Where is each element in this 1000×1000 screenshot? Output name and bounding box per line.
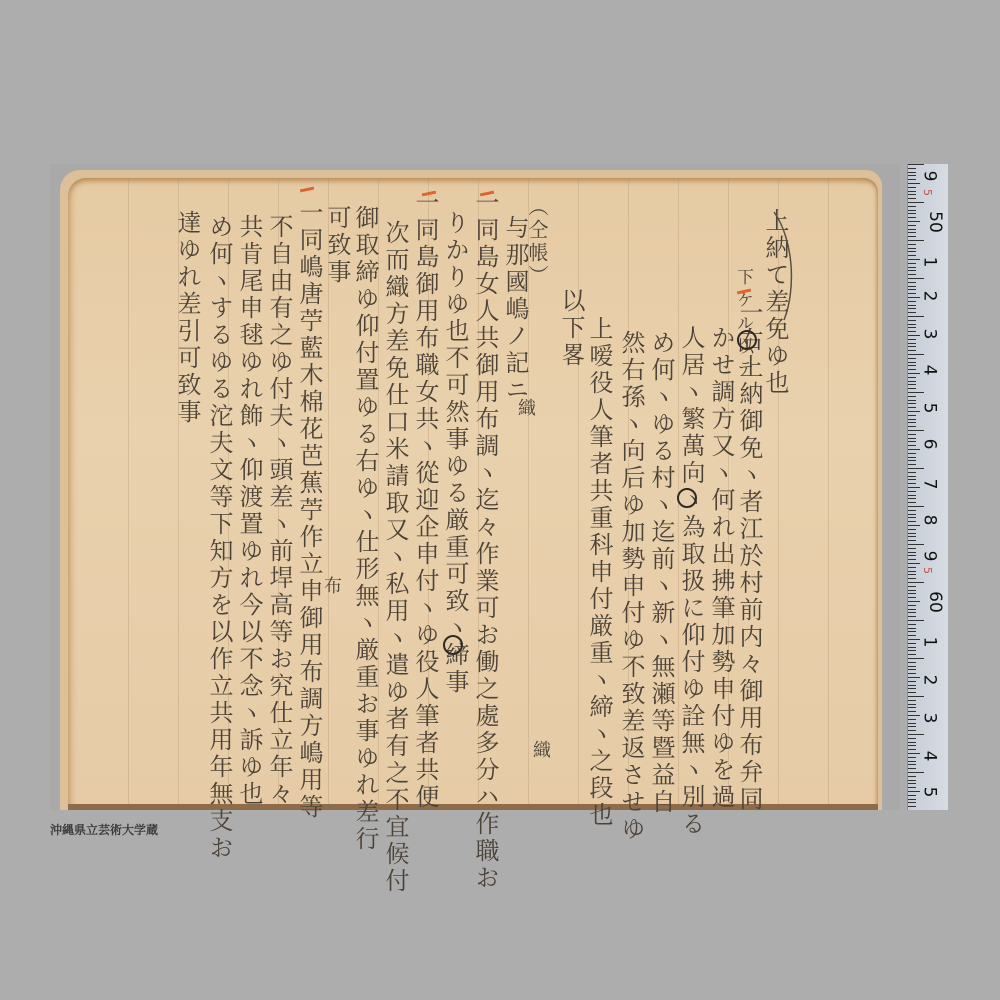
text-column: りかりゆ也不可然事ゆる厳重可致ヽ締事 bbox=[440, 210, 470, 696]
ruler-tick bbox=[908, 571, 916, 572]
ruler-tick bbox=[908, 221, 920, 222]
text-column: め何ヽするゆる沱夫文等下知方を以作立共用年無支お bbox=[204, 214, 234, 862]
ruler-tick bbox=[908, 350, 916, 351]
ruler-tick bbox=[908, 533, 916, 534]
text-column: 不自由有之ゆ付夫ヽ頭差ヽ前垾高等お究仕立年々 bbox=[264, 214, 294, 808]
ruler-tick bbox=[908, 164, 924, 165]
ruler-tick bbox=[908, 795, 916, 796]
ruler-tick bbox=[908, 301, 916, 302]
ruler-tick bbox=[908, 449, 920, 450]
ruler-tick bbox=[908, 601, 920, 602]
text-column: 一同島女人共御用布調ヽ迄々作業可お働之處多分ハ作職お bbox=[470, 190, 500, 892]
ruler-tick bbox=[908, 768, 916, 769]
ruler-tick bbox=[908, 707, 916, 708]
ruler-tick bbox=[908, 650, 916, 651]
text-column: め何ヽゆる村ヽ迄前ヽ新ヽ無瀬等暨益自 bbox=[646, 330, 676, 816]
ruler-tick bbox=[908, 403, 916, 404]
ruler-tick bbox=[908, 666, 916, 667]
ruler-tick bbox=[908, 635, 916, 636]
ruler-tick bbox=[908, 244, 916, 245]
ruler-tick bbox=[908, 704, 916, 705]
ruler-tick bbox=[908, 240, 924, 241]
ruler-tick bbox=[908, 297, 920, 298]
ruler-tick bbox=[908, 605, 916, 606]
inline-note: 織 bbox=[525, 740, 555, 764]
text-column: 以下畧 bbox=[556, 288, 586, 369]
ruler-tick bbox=[908, 685, 916, 686]
ruler-tick bbox=[908, 696, 924, 697]
ruler-tick bbox=[908, 669, 916, 670]
ruler-tick bbox=[908, 472, 916, 473]
ruler-tick bbox=[908, 806, 916, 807]
ruler-tick bbox=[908, 525, 920, 526]
ruler-tick bbox=[908, 422, 916, 423]
text-column: かせ調方又ヽ何れ出拂筆加勢申付ゆを過 bbox=[706, 325, 736, 811]
ruler-tick bbox=[908, 445, 916, 446]
ruler-tick bbox=[908, 434, 916, 435]
ruler-tick bbox=[908, 305, 916, 306]
ruler-tick bbox=[908, 723, 916, 724]
ruler-tick bbox=[908, 232, 916, 233]
ruler-tick bbox=[908, 202, 924, 203]
ruler-tick bbox=[908, 624, 916, 625]
measurement-ruler: 9 5 50 1 2 3 4 5 6 7 8 9 5 60 1 2 3 4 5 bbox=[907, 164, 948, 810]
ruler-tick bbox=[908, 726, 916, 727]
ruler-tick bbox=[908, 365, 916, 366]
ruler-tick bbox=[908, 426, 916, 427]
ruler-tick bbox=[908, 206, 916, 207]
ruler-tick bbox=[908, 229, 916, 230]
text-column: 御取締ゆ仰付置ゆる右ゆヽ仕形無ヽ厳重お事ゆれ差行 bbox=[350, 205, 380, 853]
text-column: 人居ヽ繁萬向ヽ為取扱に仰付ゆ詮無ヽ別る bbox=[676, 325, 706, 838]
ruler-tick bbox=[908, 396, 916, 397]
ruler-tick bbox=[908, 343, 916, 344]
ruler-tick bbox=[908, 764, 916, 765]
ruler-tick bbox=[908, 502, 916, 503]
ruler-tick bbox=[908, 514, 916, 515]
ruler-tick bbox=[908, 658, 924, 659]
ruler-tick bbox=[908, 483, 916, 484]
ruler-tick bbox=[908, 548, 916, 549]
ruler-tick bbox=[908, 392, 924, 393]
ruler-tick bbox=[908, 289, 916, 290]
ruler-tick bbox=[908, 559, 916, 560]
ruler-tick bbox=[908, 411, 920, 412]
ruler-tick bbox=[908, 479, 916, 480]
ruler-tick bbox=[908, 730, 916, 731]
ruler-tick bbox=[908, 282, 916, 283]
ruler-tick bbox=[908, 487, 920, 488]
ruler-tick bbox=[908, 742, 916, 743]
ruler-tick bbox=[908, 308, 916, 309]
ruler-tick bbox=[908, 267, 916, 268]
ruler-tick bbox=[908, 491, 916, 492]
collection-credit: 沖縄県立芸術大学蔵 bbox=[50, 821, 158, 838]
ruler-tick bbox=[908, 339, 916, 340]
ruler-tick bbox=[908, 582, 924, 583]
ruler-tick bbox=[908, 320, 916, 321]
ruler-tick bbox=[908, 586, 916, 587]
ruler-tick bbox=[908, 753, 920, 754]
ruler-tick bbox=[908, 270, 916, 271]
circle-stamp bbox=[737, 330, 757, 350]
ruler-tick bbox=[908, 362, 916, 363]
ruler-tick bbox=[908, 331, 916, 332]
ruler-tick bbox=[908, 335, 920, 336]
ruler-tick bbox=[908, 616, 916, 617]
ruler-tick bbox=[908, 460, 916, 461]
annotation-arrow bbox=[770, 210, 800, 330]
ruler-tick bbox=[908, 749, 916, 750]
ruler-tick bbox=[908, 540, 916, 541]
ruler-tick bbox=[908, 259, 920, 260]
ruler-tick bbox=[908, 647, 916, 648]
ruler-tick bbox=[908, 168, 916, 169]
ruler-tick bbox=[908, 517, 916, 518]
ruler-tick bbox=[908, 175, 916, 176]
text-column: 達ゆれ差引可致事 bbox=[172, 210, 202, 426]
circle-stamp bbox=[443, 635, 463, 655]
ruler-tick bbox=[908, 377, 916, 378]
ruler-tick bbox=[908, 757, 916, 758]
text-column: 次而織方差免仕口米請取又ヽ私用ヽ遣ゆ者有之不宜候付 bbox=[380, 220, 410, 895]
ruler-tick bbox=[908, 643, 916, 644]
ruler-tick bbox=[908, 438, 916, 439]
ruler-tick bbox=[908, 506, 924, 507]
ruler-tick bbox=[908, 373, 920, 374]
ruler-tick bbox=[908, 574, 916, 575]
ruler-tick bbox=[908, 354, 924, 355]
ruler-tick bbox=[908, 172, 916, 173]
inline-note: 織 bbox=[510, 398, 540, 422]
ruler-tick bbox=[908, 358, 916, 359]
ruler-tick bbox=[908, 555, 916, 556]
ruler-tick bbox=[908, 711, 916, 712]
ruler-tick bbox=[908, 681, 916, 682]
ruler-tick bbox=[908, 248, 916, 249]
ruler-tick bbox=[908, 498, 916, 499]
ruler-tick bbox=[908, 521, 916, 522]
ruler-tick bbox=[908, 780, 916, 781]
ruler-tick bbox=[908, 430, 924, 431]
text-column: 然右孫ヽ向后ゆ加勢申付ゆ不致差返させゆ bbox=[616, 330, 646, 843]
ruler-tick bbox=[908, 407, 916, 408]
text-column: 共肯尾申毬ゆれ飾ヽ仰渡置ゆれ今以不念ヽ訴ゆ也 bbox=[234, 214, 264, 808]
ruler-tick bbox=[908, 654, 916, 655]
ruler-tick bbox=[908, 400, 916, 401]
ruler-tick bbox=[908, 419, 916, 420]
ruler-tick bbox=[908, 251, 916, 252]
ruler-tick bbox=[908, 745, 916, 746]
ruler-tick bbox=[908, 620, 924, 621]
ruler-tick bbox=[908, 286, 916, 287]
ruler-tick bbox=[908, 369, 916, 370]
ruler-tick bbox=[908, 255, 916, 256]
ruler-tick bbox=[908, 700, 916, 701]
ruler-tick bbox=[908, 639, 920, 640]
ruler-tick bbox=[908, 677, 920, 678]
text-column: 一同嶋唐苧藍木棉花芭蕉苧作立申御用布調方嶋用等 bbox=[294, 200, 324, 821]
ruler-tick bbox=[908, 453, 916, 454]
ruler-tick bbox=[908, 457, 916, 458]
ruler-tick bbox=[908, 761, 916, 762]
ruler-tick bbox=[908, 593, 916, 594]
ruler-tick bbox=[908, 783, 916, 784]
ruler-tick bbox=[908, 312, 916, 313]
text-column: 上嗳役人筆者共重科申付厳重ヽ締ヽ之段也 bbox=[584, 316, 614, 829]
ruler-tick bbox=[908, 552, 916, 553]
ruler-tick bbox=[908, 495, 916, 496]
ruler-tick bbox=[908, 567, 916, 568]
ruler-tick bbox=[908, 628, 916, 629]
ruler-tick bbox=[908, 179, 916, 180]
text-column: 一右上納御免ヽ者江於村前内々御用布弁同 bbox=[734, 300, 764, 813]
ruler-tick bbox=[908, 734, 924, 735]
ruler-tick bbox=[908, 263, 916, 264]
ruler-tick bbox=[908, 327, 916, 328]
ruler-tick bbox=[908, 198, 916, 199]
ruler-tick bbox=[908, 415, 916, 416]
ruler-tick bbox=[908, 776, 916, 777]
ruler-tick bbox=[908, 236, 916, 237]
ruler-tick bbox=[908, 278, 924, 279]
ruler-tick bbox=[908, 194, 916, 195]
ruler-tick bbox=[908, 274, 916, 275]
ruler-tick bbox=[908, 346, 916, 347]
circle-stamp bbox=[677, 488, 697, 508]
ruler-tick bbox=[908, 578, 916, 579]
ruler-tick bbox=[908, 183, 920, 184]
ruler-tick bbox=[908, 799, 916, 800]
ruler-tick bbox=[908, 544, 924, 545]
ruler-tick bbox=[908, 791, 920, 792]
ruler-tick bbox=[908, 715, 920, 716]
ruler-tick bbox=[908, 468, 924, 469]
ruler-tick bbox=[908, 692, 916, 693]
ruler-tick bbox=[908, 631, 916, 632]
ruler-tick bbox=[908, 673, 916, 674]
ruler-tick bbox=[908, 213, 916, 214]
ruler-tick bbox=[908, 381, 916, 382]
ruler-tick bbox=[908, 536, 916, 537]
ruler-tick bbox=[908, 802, 916, 803]
ruler-tick bbox=[908, 609, 916, 610]
ruler-tick bbox=[908, 476, 916, 477]
ruler-tick bbox=[908, 590, 916, 591]
ruler-tick bbox=[908, 217, 916, 218]
ruler-tick bbox=[908, 464, 916, 465]
ruler-tick bbox=[908, 529, 916, 530]
inline-note: 布 bbox=[316, 576, 346, 600]
ruler-tick bbox=[908, 719, 916, 720]
ruler-tick bbox=[908, 738, 916, 739]
ruler-tick bbox=[908, 662, 916, 663]
ruler-tick bbox=[908, 293, 916, 294]
ruler-tick bbox=[908, 225, 916, 226]
ruler-tick bbox=[908, 510, 916, 511]
text-column: 可致事 bbox=[322, 205, 352, 286]
ruler-tick bbox=[908, 324, 916, 325]
ruler-tick bbox=[908, 210, 916, 211]
ruler-tick bbox=[908, 441, 916, 442]
ruler-tick bbox=[908, 688, 916, 689]
ruler-tick bbox=[908, 187, 916, 188]
ruler-tick bbox=[908, 384, 916, 385]
ruler-tick bbox=[908, 191, 916, 192]
ruler-tick bbox=[908, 388, 916, 389]
ruler-tick bbox=[908, 597, 916, 598]
ruler-tick bbox=[908, 772, 924, 773]
ruler-tick bbox=[908, 787, 916, 788]
ruler-tick bbox=[908, 612, 916, 613]
ruler-tick bbox=[908, 563, 920, 564]
ruler-tick bbox=[908, 316, 924, 317]
text-column: 与那國嶋ノ記ニ bbox=[500, 215, 530, 404]
text-column: 一同島御用布職女共ヽ從迎企申付ヽゆ役人筆者共便 bbox=[410, 190, 440, 811]
